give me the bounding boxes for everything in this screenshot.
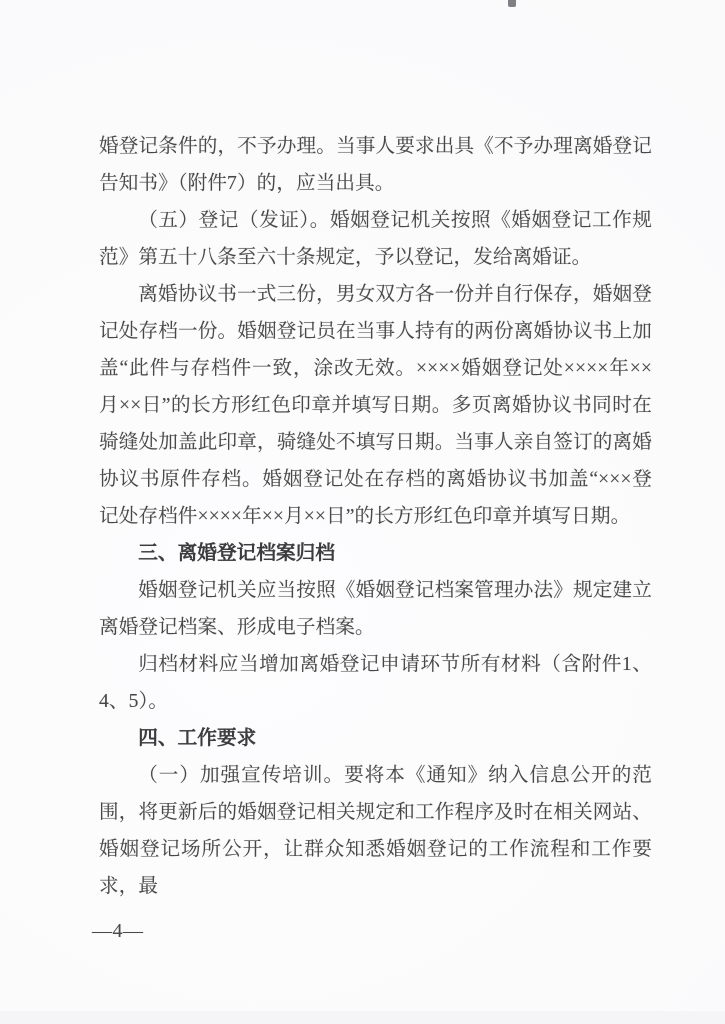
page-bottom-edge [0,1011,725,1024]
paragraph-continuation: 婚登记条件的，不予办理。当事人要求出具《不予办理离婚登记告知书》（附件7）的，应… [99,128,652,202]
scan-artifact-mark [508,0,516,7]
paragraph-publicity-training: （一）加强宣传培训。要将本《通知》纳入信息公开的范围，将更新后的婚姻登记相关规定… [99,757,652,905]
document-page: 婚登记条件的，不予办理。当事人要求出具《不予办理离婚登记告知书》（附件7）的，应… [0,0,725,1024]
paragraph-item-5-registration: （五）登记（发证）。婚姻登记机关按照《婚姻登记工作规范》第五十八条至六十条规定，… [99,202,652,276]
section-heading-4-work-requirements: 四、工作要求 [99,720,652,757]
paragraph-archive-materials: 归档材料应当增加离婚登记申请环节所有材料（含附件1、4、5）。 [99,646,652,720]
paragraph-divorce-agreement-copies: 离婚协议书一式三份，男女双方各一份并自行保存，婚姻登记处存档一份。婚姻登记员在当… [99,276,652,535]
page-number: —4— [92,920,144,943]
paragraph-archive-rules: 婚姻登记机关应当按照《婚姻登记档案管理办法》规定建立离婚登记档案、形成电子档案。 [99,572,652,646]
section-heading-3-archiving: 三、离婚登记档案归档 [99,535,652,572]
document-text-body: 婚登记条件的，不予办理。当事人要求出具《不予办理离婚登记告知书》（附件7）的，应… [99,128,652,905]
